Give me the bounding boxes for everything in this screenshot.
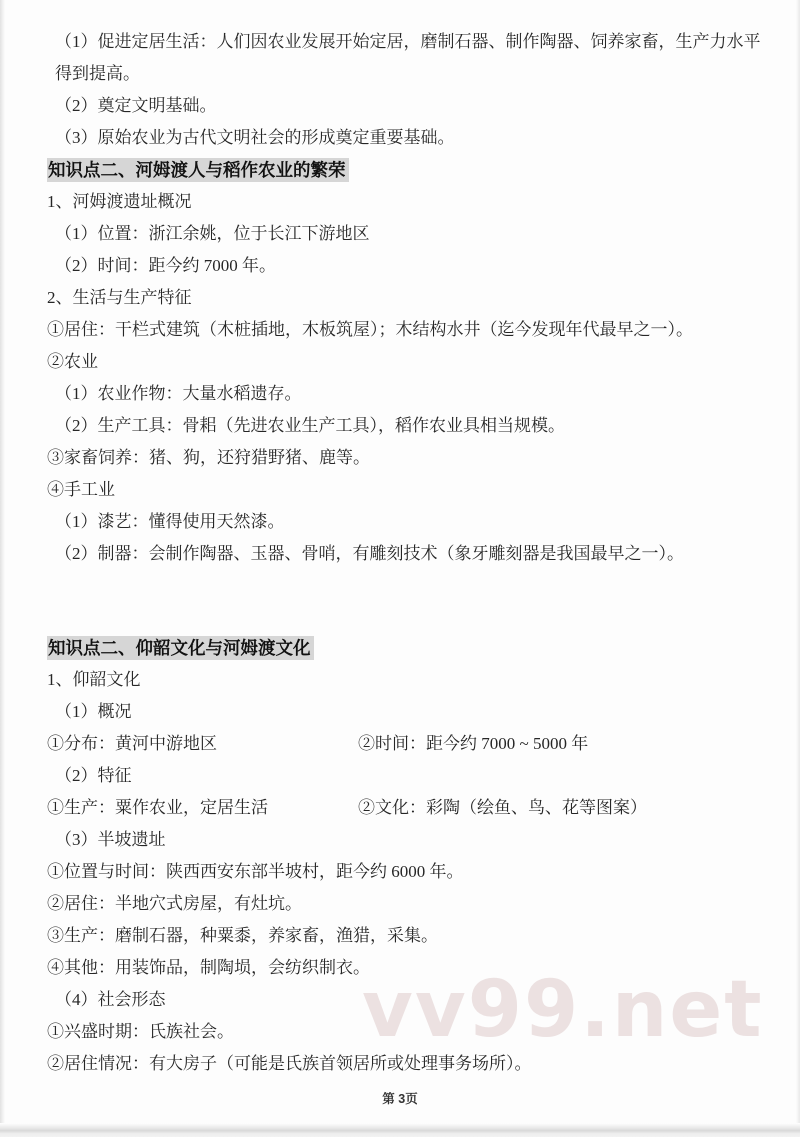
page-right-edge xyxy=(796,0,800,1137)
paragraph: （3）半坡遗址 xyxy=(47,824,761,856)
section-heading-text: 知识点二、河姆渡人与稻作农业的繁荣 xyxy=(47,158,349,182)
paragraph: ④手工业 xyxy=(47,474,761,506)
paragraph: （3）原始农业为古代文明社会的形成奠定重要基础。 xyxy=(47,122,761,154)
paragraph: ②居住：半地穴式房屋，有灶坑。 xyxy=(47,888,761,920)
document-page: vv99.net （1）促进定居生活：人们因农业发展开始定居，磨制石器、制作陶器… xyxy=(0,0,800,1137)
two-column-row: ①生产：粟作农业，定居生活 ②文化：彩陶（绘鱼、鸟、花等图案） xyxy=(47,792,761,824)
paragraph: （1）位置：浙江余姚，位于长江下游地区 xyxy=(47,218,761,250)
paragraph: （2）奠定文明基础。 xyxy=(47,90,761,122)
column-left: ①生产：粟作农业，定居生活 xyxy=(47,792,358,824)
two-column-row: ①分布：黄河中游地区 ②时间：距今约 7000 ~ 5000 年 xyxy=(47,728,761,760)
paragraph: ③生产：磨制石器，种粟黍，养家畜，渔猎，采集。 xyxy=(47,920,761,952)
paragraph: 2、生活与生产特征 xyxy=(47,282,761,314)
paragraph: ③家畜饲养：猪、狗，还狩猎野猪、鹿等。 xyxy=(47,442,761,474)
page-left-edge xyxy=(0,0,5,1137)
paragraph: （2）制器：会制作陶器、玉器、骨哨，有雕刻技术（象牙雕刻器是我国最早之一）。 xyxy=(47,538,761,570)
paragraph: 1、仰韶文化 xyxy=(47,664,761,696)
paragraph: （1）概况 xyxy=(47,696,761,728)
paragraph: 1、河姆渡遗址概况 xyxy=(47,186,761,218)
section-heading-text: 知识点二、仰韶文化与河姆渡文化 xyxy=(47,636,314,660)
page-bottom-edge xyxy=(0,1123,800,1137)
paragraph: ②居住情况：有大房子（可能是氏族首领居所或处理事务场所）。 xyxy=(47,1048,761,1080)
paragraph: （2）生产工具：骨耜（先进农业生产工具），稻作农业具相当规模。 xyxy=(47,410,761,442)
paragraph: ①兴盛时期：氏族社会。 xyxy=(47,1016,761,1048)
paragraph: ②农业 xyxy=(47,346,761,378)
paragraph: （1）漆艺：懂得使用天然漆。 xyxy=(47,506,761,538)
paragraph: ④其他：用装饰品，制陶埙，会纺织制衣。 xyxy=(47,952,761,984)
column-left: ①分布：黄河中游地区 xyxy=(47,728,358,760)
paragraph: ①居住：干栏式建筑（木桩插地，木板筑屋）；木结构水井（迄今发现年代最早之一）。 xyxy=(47,314,761,346)
page-content: （1）促进定居生活：人们因农业发展开始定居，磨制石器、制作陶器、饲养家畜，生产力… xyxy=(47,26,761,1080)
paragraph: （2）时间：距今约 7000 年。 xyxy=(47,250,761,282)
column-right: ②时间：距今约 7000 ~ 5000 年 xyxy=(358,728,761,760)
paragraph: （1）促进定居生活：人们因农业发展开始定居，磨制石器、制作陶器、饲养家畜，生产力… xyxy=(47,26,761,90)
section-heading: 知识点二、仰韶文化与河姆渡文化 xyxy=(47,632,761,664)
paragraph: （1）农业作物：大量水稻遗存。 xyxy=(47,378,761,410)
paragraph: （2）特征 xyxy=(47,760,761,792)
column-right: ②文化：彩陶（绘鱼、鸟、花等图案） xyxy=(358,792,761,824)
section-heading: 知识点二、河姆渡人与稻作农业的繁荣 xyxy=(47,154,761,186)
page-number: 第 3页 xyxy=(0,1089,800,1107)
paragraph: （4）社会形态 xyxy=(47,984,761,1016)
paragraph: ①位置与时间：陕西西安东部半坡村，距今约 6000 年。 xyxy=(47,856,761,888)
